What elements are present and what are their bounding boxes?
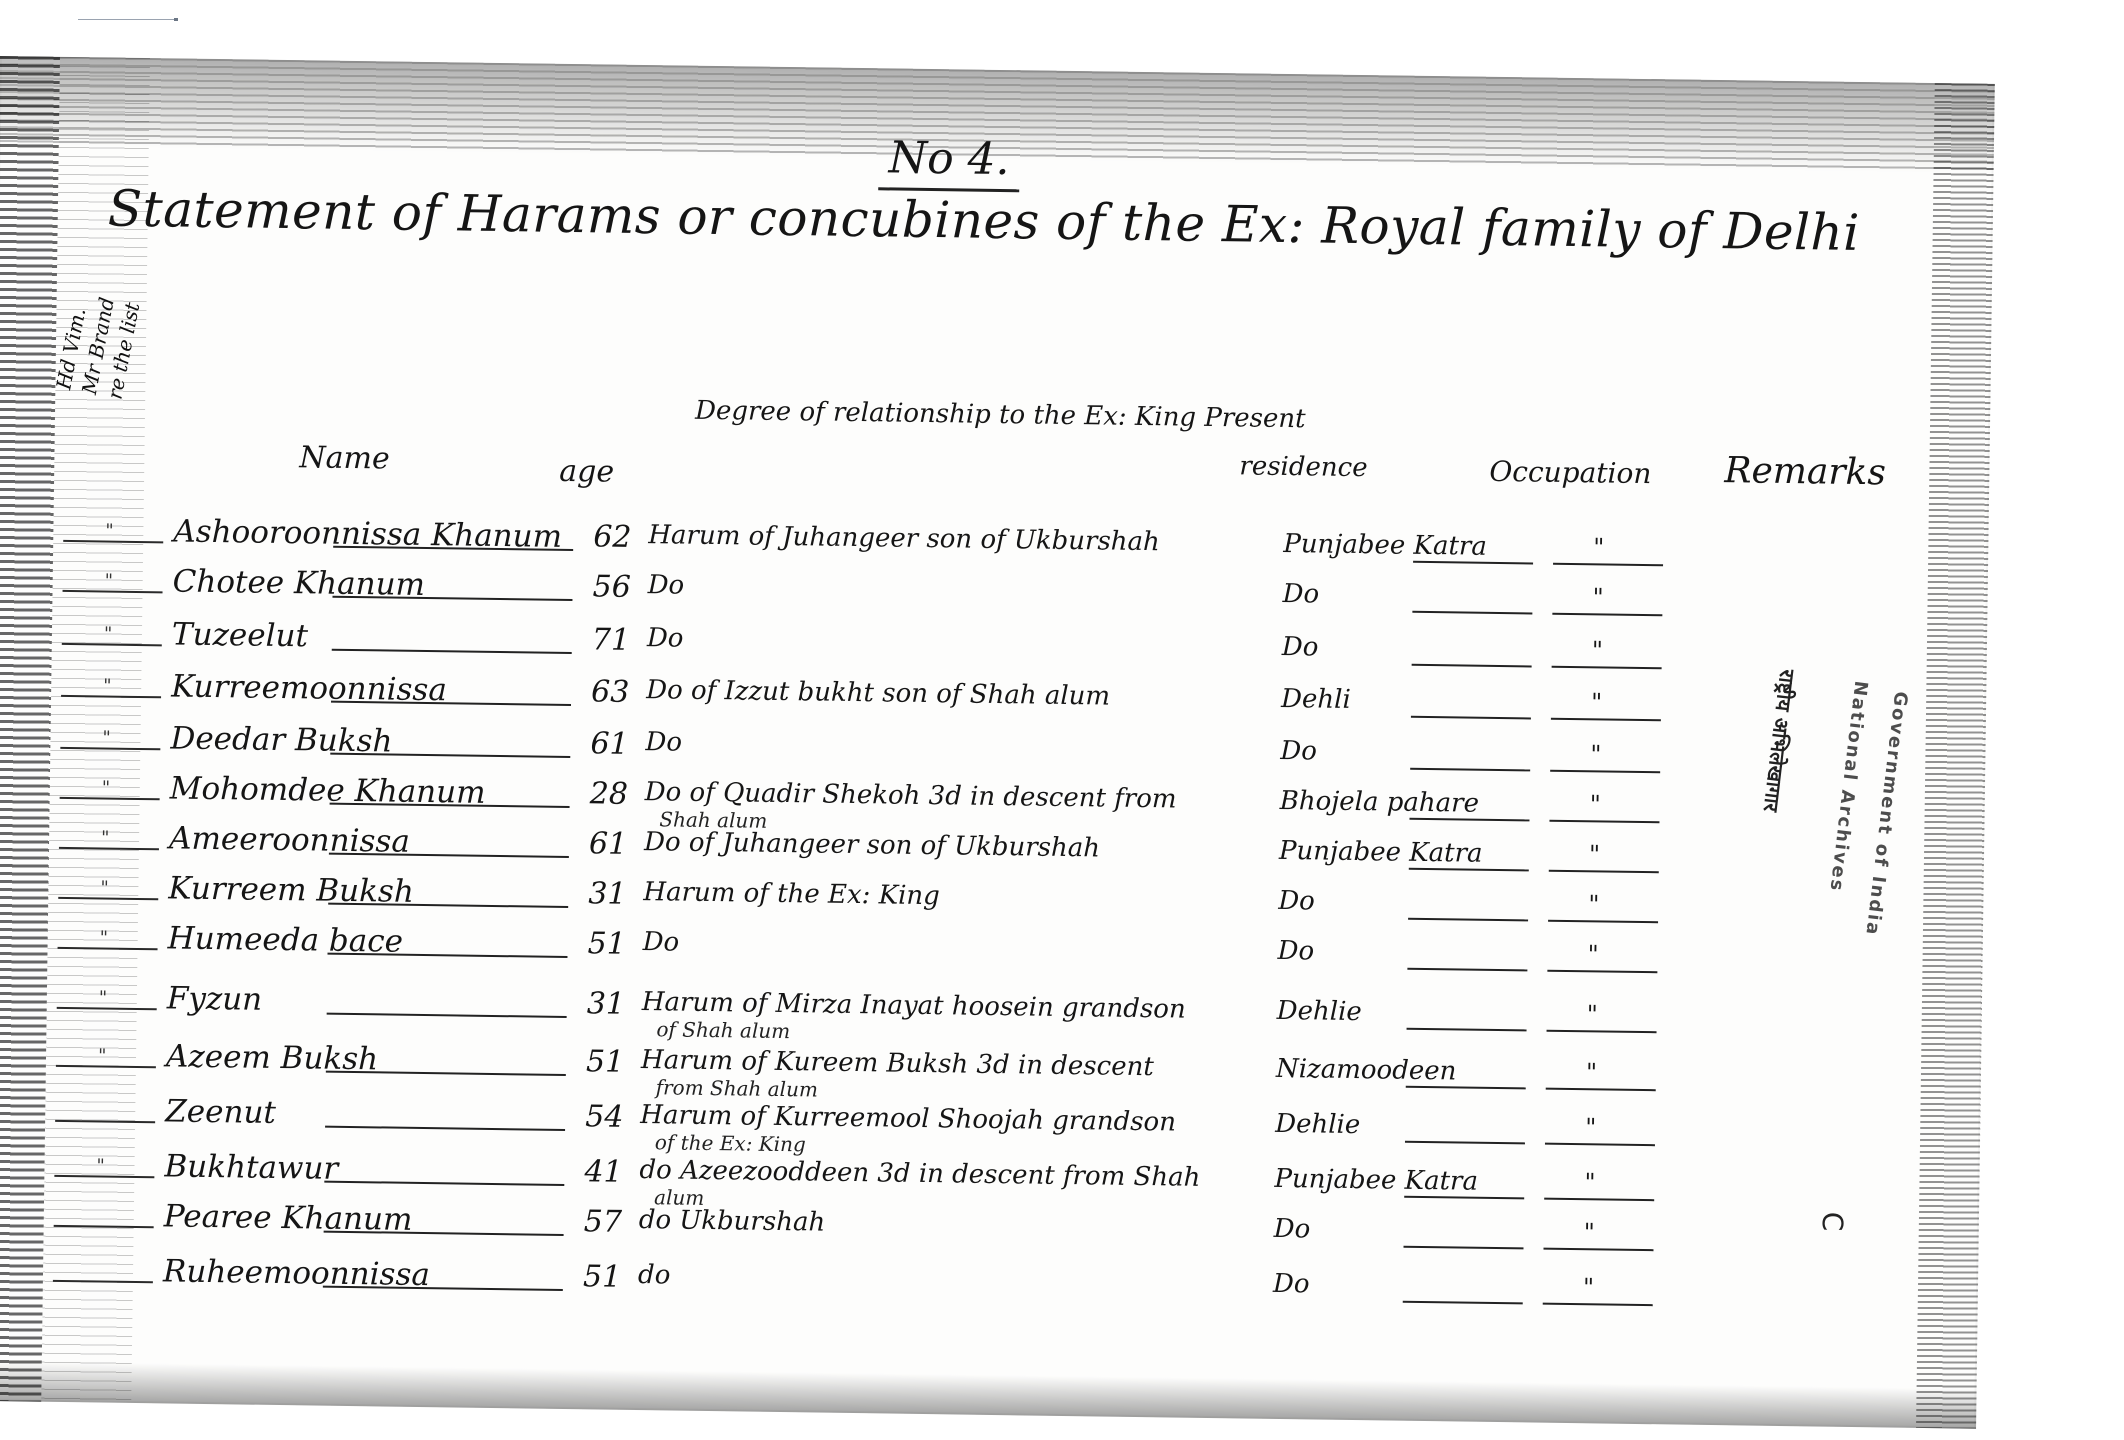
cell-degree: Harum of the Ex: King [643,877,940,911]
cell-residence: Punjabee Katra [1283,529,1487,562]
cell-age: 31 [587,986,626,1022]
cell-age: 54 [585,1099,624,1135]
cell-degree: Do [647,623,684,654]
cell-residence: Do [1280,736,1317,767]
cell-name: Tuzeelut [172,616,309,654]
margin-note: Hd Vim. Mr Brand re the list [49,287,142,508]
cell-age: 57 [584,1204,623,1240]
cell-residence: Dehlie [1275,1109,1360,1140]
table-row: Ruheemoonnissa51doDo" [0,1251,1683,1319]
document-title: Statement of Harams or concubines of the… [107,180,1860,262]
cell-degree-continuation: of Shah alum [656,1017,790,1043]
cell-residence: Punjabee Katra [1274,1164,1478,1197]
cell-residence: Dehlie [1277,996,1362,1027]
pin-mark [78,18,178,22]
stamp-line-1: National Archives [1825,680,1871,894]
cell-occupation: " [1592,636,1603,664]
ditto-mark: " [105,521,114,542]
rule-line [325,1126,565,1131]
stamp-line-2: Government of India [1861,690,1911,937]
leader-line [55,1120,155,1123]
archive-stamp: राष्ट्रीय अभिलेखागार National Archives G… [1755,671,1942,1173]
stamp-mark: C [1816,1211,1849,1231]
cell-residence: Do [1277,936,1314,967]
cell-age: 51 [586,1044,625,1080]
cell-degree: Harum of Juhangeer son of Ukburshah [648,520,1160,557]
column-header-present: Present [1204,403,1306,434]
cell-residence: Do [1273,1269,1310,1300]
ditto-mark: " [100,927,109,948]
rule-line [332,649,572,654]
rule-line [1544,1198,1654,1202]
rule-line [1407,968,1527,972]
rule-line [1549,820,1659,824]
ditto-mark: " [103,676,112,697]
cell-degree: do Ukburshah [639,1205,826,1238]
cell-age: 71 [592,622,631,658]
rule-line [1403,1301,1523,1305]
cell-name: Zeenut [165,1093,276,1131]
cell-residence: Dehli [1281,684,1351,715]
cell-degree: Do of Juhangeer son of Ukburshah [644,827,1100,863]
stamp-hindi: राष्ट्रीय अभिलेखागार [1758,668,1802,813]
rule-line [1411,716,1531,720]
cell-residence: Do [1274,1214,1311,1245]
photocopy-edge-bottom [0,1361,1977,1429]
cell-age: 41 [584,1154,623,1190]
rule-line [1405,1141,1525,1145]
cell-degree-continuation: of the Ex: King [655,1130,806,1156]
cell-occupation: " [1592,583,1603,611]
cell-degree: do [638,1260,671,1290]
ditto-mark: " [105,571,114,592]
ditto-mark: " [100,877,109,898]
rule-line [1552,666,1662,670]
column-header-degree: Degree of relationship to the Ex: King P… [695,396,1306,435]
cell-occupation: " [1583,1273,1594,1301]
ditto-mark: " [104,624,113,645]
margin-note-text: Hd Vim. Mr Brand re the list [50,290,145,401]
cell-occupation: " [1584,1218,1595,1246]
rule-line [1543,1303,1653,1307]
rule-line [1408,918,1528,922]
rule-line [1547,970,1657,974]
cell-occupation: " [1590,740,1601,768]
cell-age: 51 [587,926,626,962]
column-header-remarks: Remarks [1724,450,1886,493]
cell-age: 28 [590,776,629,812]
leader-line [53,1280,153,1283]
cell-residence: Bhojela pahare [1280,786,1480,819]
ditto-mark: " [102,777,111,798]
rule-line [1550,770,1660,774]
rule-line [1412,664,1532,668]
cell-occupation: " [1593,533,1604,561]
cell-age: 61 [590,726,629,762]
cell-occupation: " [1589,840,1600,868]
rule-line [1551,718,1661,722]
cell-age: 56 [592,569,631,605]
rule-line [1552,613,1662,617]
cell-age: 61 [589,826,628,862]
cell-age: 63 [591,674,630,710]
cell-degree-continuation: from Shah alum [655,1075,818,1101]
rule-line [1547,1030,1657,1034]
rule-line [1403,1246,1523,1250]
column-header-occupation: Occupation [1489,455,1652,490]
document-sheet: No 4. Statement of Harams or concubines … [0,56,1995,1429]
cell-age: 31 [588,876,627,912]
rule-line [1407,1028,1527,1032]
ditto-mark: " [101,827,110,848]
ditto-mark: " [98,1045,107,1066]
ditto-mark: " [96,1155,105,1176]
cell-residence: Punjabee Katra [1279,836,1483,869]
column-header-age: age [559,454,614,490]
cell-residence: Do [1282,632,1319,663]
cell-occupation: " [1587,940,1598,968]
table-row: "Azeem Buksh51Harum of Kureem Buksh 3d i… [0,1036,1686,1104]
cell-occupation: " [1587,1000,1598,1028]
table-row: Zeenut54Harum of Kurreemool Shoojah gran… [0,1091,1685,1159]
ditto-mark: " [102,727,111,748]
cell-residence: Do [1278,886,1315,917]
rule-line [1406,1086,1526,1090]
cell-name: Bukhtawur [164,1148,338,1186]
leader-line [54,1225,154,1228]
rule-line [1549,870,1659,874]
cell-degree: Do [642,927,679,958]
table-row: "Fyzun31Harum of Mirza Inayat hoosein gr… [0,978,1687,1046]
ditto-mark: " [99,987,108,1008]
cell-degree: Do [645,727,682,758]
cell-occupation: " [1590,790,1601,818]
cell-occupation: " [1585,1113,1596,1141]
rule-line [1410,768,1530,772]
rule-line [324,1181,564,1186]
rule-line [1545,1143,1655,1147]
cell-occupation: " [1584,1168,1595,1196]
cell-degree: do Azeezooddeen 3d in descent from Shah [639,1155,1200,1193]
rule-line [1543,1248,1653,1252]
cell-residence: Do [1282,579,1319,610]
rule-line [1553,563,1663,567]
column-header-name: Name [299,440,390,476]
rule-line [327,1013,567,1018]
rule-line [1548,920,1658,924]
cell-name: Fyzun [167,980,263,1017]
cell-age: 62 [593,519,632,555]
cell-degree: Do of Izzut bukht son of Shah alum [646,675,1110,711]
cell-occupation: " [1588,890,1599,918]
cell-degree: Do [647,570,684,601]
column-header-residence: residence [1239,451,1368,483]
rule-line [1412,611,1532,615]
cell-occupation: " [1591,688,1602,716]
document-number: No 4. [878,132,1020,192]
rule-line [1546,1088,1656,1092]
cell-occupation: " [1586,1058,1597,1086]
cell-residence: Nizamoodeen [1276,1054,1457,1087]
cell-age: 51 [583,1259,622,1295]
